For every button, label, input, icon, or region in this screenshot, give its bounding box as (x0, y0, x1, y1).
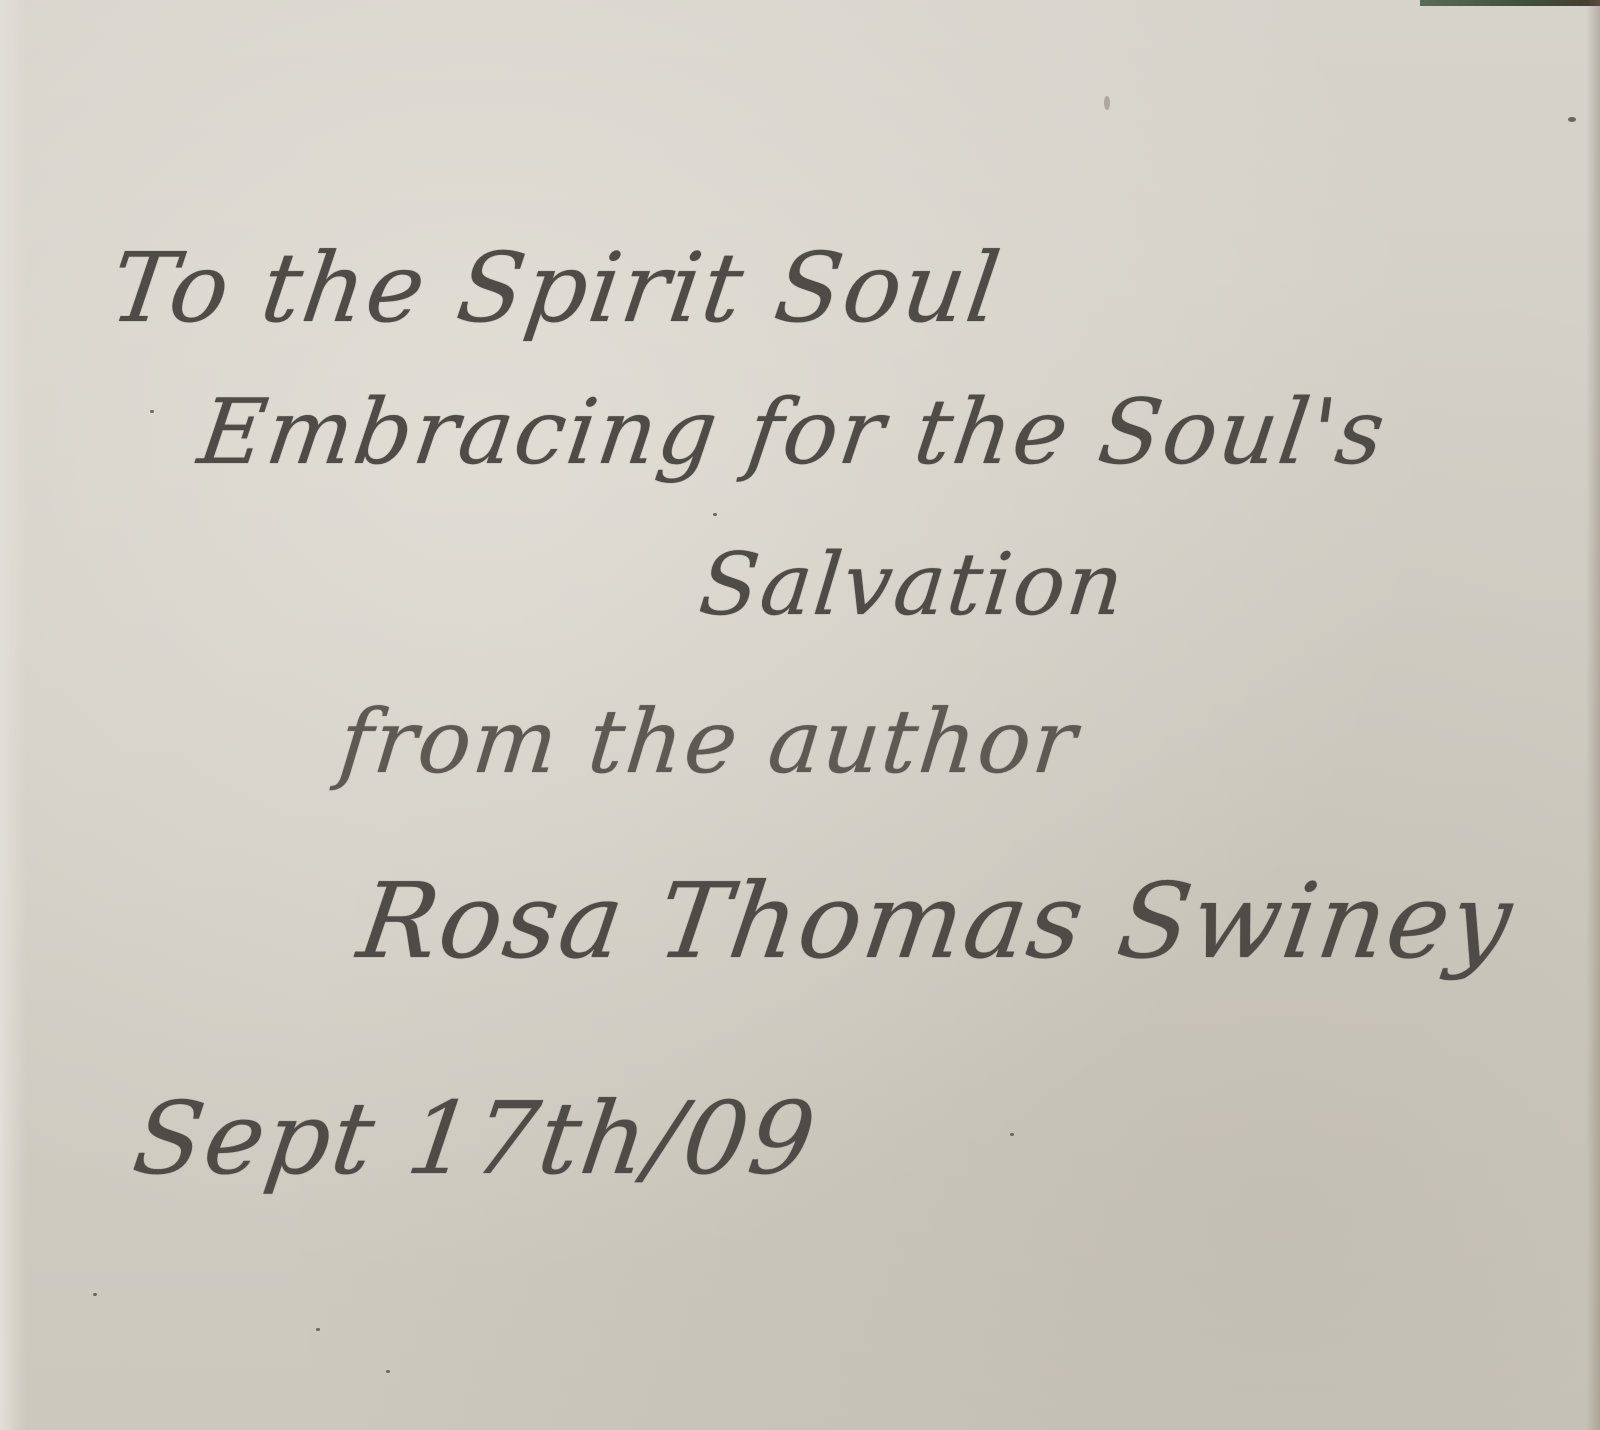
inscription-line-from-author: from the author (335, 690, 1083, 793)
paper-mark (1104, 96, 1110, 110)
paper-mark (93, 1293, 97, 1296)
inscription-line-dedication: To the Spirit Soul (104, 232, 1008, 344)
paper-mark (316, 1328, 320, 1331)
inscription-date: Sept 17th/09 (127, 1080, 824, 1197)
book-binding-edge (1420, 0, 1600, 6)
paper-mark (713, 513, 717, 516)
inscription-signature: Rosa Thomas Swiney (351, 860, 1520, 982)
page-edge-right (1586, 0, 1600, 1430)
inscription-line-salvation: Salvation (695, 535, 1130, 635)
page-edge-left (0, 0, 26, 1430)
paper-mark (150, 410, 154, 413)
book-page: To the Spirit Soul Embracing for the Sou… (0, 0, 1600, 1430)
paper-mark (386, 1370, 390, 1373)
inscription-line-embracing: Embracing for the Soul's (193, 380, 1393, 485)
paper-mark (1010, 1133, 1014, 1136)
paper-mark (1568, 117, 1576, 122)
